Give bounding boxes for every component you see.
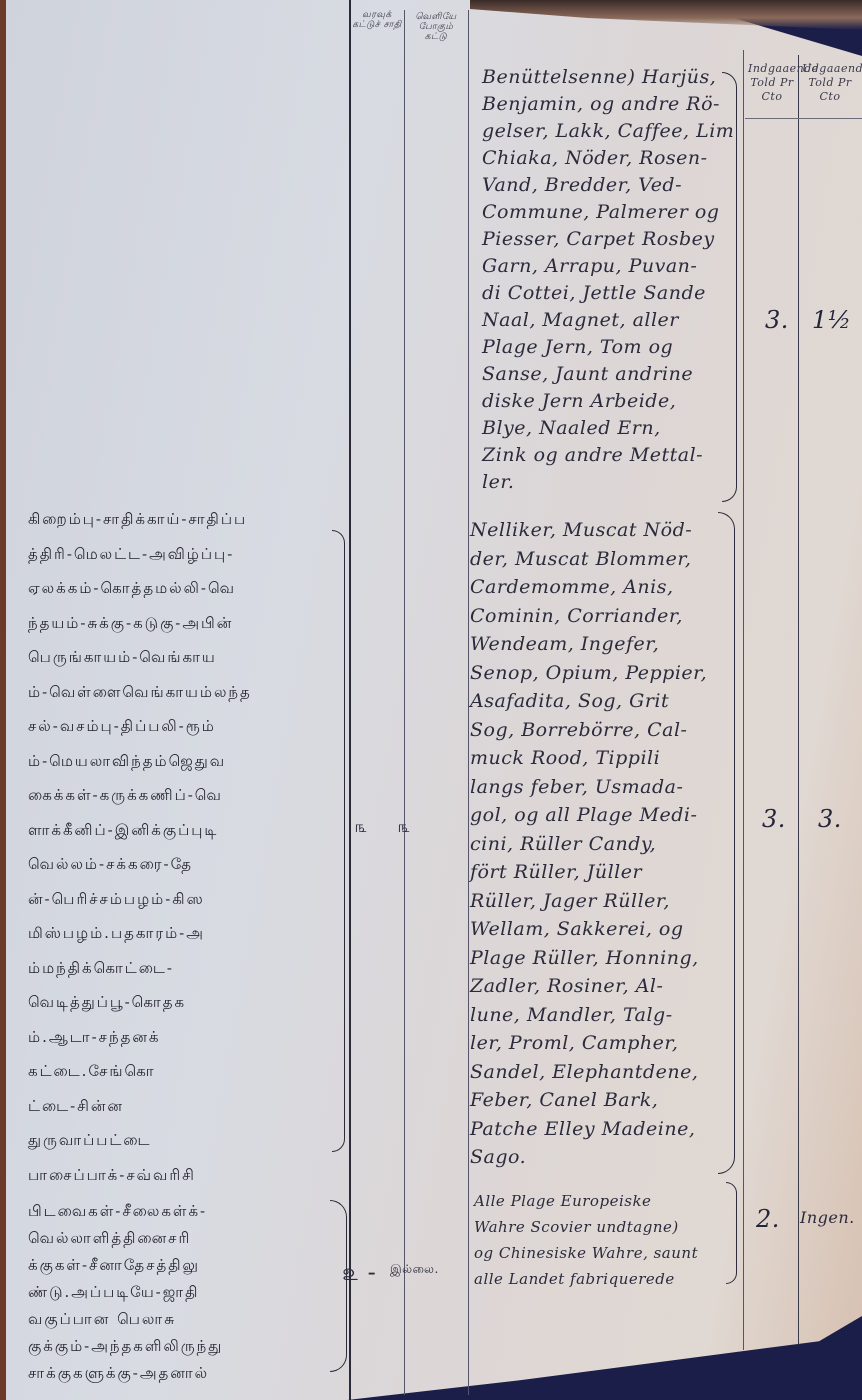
entry-3-tamil-col-1: ௨ -: [342, 1258, 376, 1289]
entry-1-told-in: 3.: [765, 306, 789, 334]
entry-2-brace: [718, 512, 735, 1174]
tamil-block-2: பிடவைகள்-சீலைகள்க்- வெல்லாளித்தினைசரி க்…: [28, 1198, 223, 1387]
column-rule-1: [349, 0, 351, 1400]
entry-3-told-in: 2.: [756, 1205, 780, 1233]
entry-1-text: Benüttelsenne) Harjüs, Benjamin, og andr…: [482, 64, 734, 496]
header-told-out: Udgaaende Told Pr Cto: [802, 62, 858, 104]
entry-3-text: Alle Plage Europeiske Wahre Scovier undt…: [474, 1188, 698, 1292]
entry-2-text: Nelliker, Muscat Nöd- der, Muscat Blomme…: [470, 516, 707, 1172]
column-rule-5: [798, 55, 799, 1345]
entry-3-brace: [726, 1182, 737, 1284]
entry-1-brace: [722, 72, 737, 502]
tamil-block-2-brace: [330, 1200, 347, 1372]
entry-1-told-out: 1½: [812, 306, 852, 334]
header-told-in: Indgaaende Told Pr Cto: [748, 62, 796, 104]
tamil-block-1: கிறைம்பு-சாதிக்காய்-சாதிப்ப த்திரி-மெலட்…: [28, 502, 252, 1192]
column-rule-3: [468, 10, 469, 1395]
entry-2-told-in: 3.: [762, 805, 786, 833]
column-rule-2: [404, 10, 405, 1395]
column-rule-4: [743, 50, 744, 1350]
entry-2-told-out: 3.: [818, 805, 842, 833]
entry-2-tamil-col-1: ௩: [355, 817, 368, 838]
entry-2-tamil-col-2: ௩: [398, 817, 411, 838]
page-edge: [0, 0, 6, 1400]
tamil-block-1-brace: [332, 530, 345, 1152]
header-rule: [745, 118, 862, 119]
entry-3-tamil-col-2: இல்லை.: [390, 1262, 439, 1278]
header-tamil-col-2: வெளியே போகும் கட்டு: [406, 12, 466, 42]
entry-3-told-out: Ingen.: [800, 1208, 855, 1227]
header-tamil-col-1: வரவுக் கட்டுச் சாதி: [352, 10, 402, 30]
